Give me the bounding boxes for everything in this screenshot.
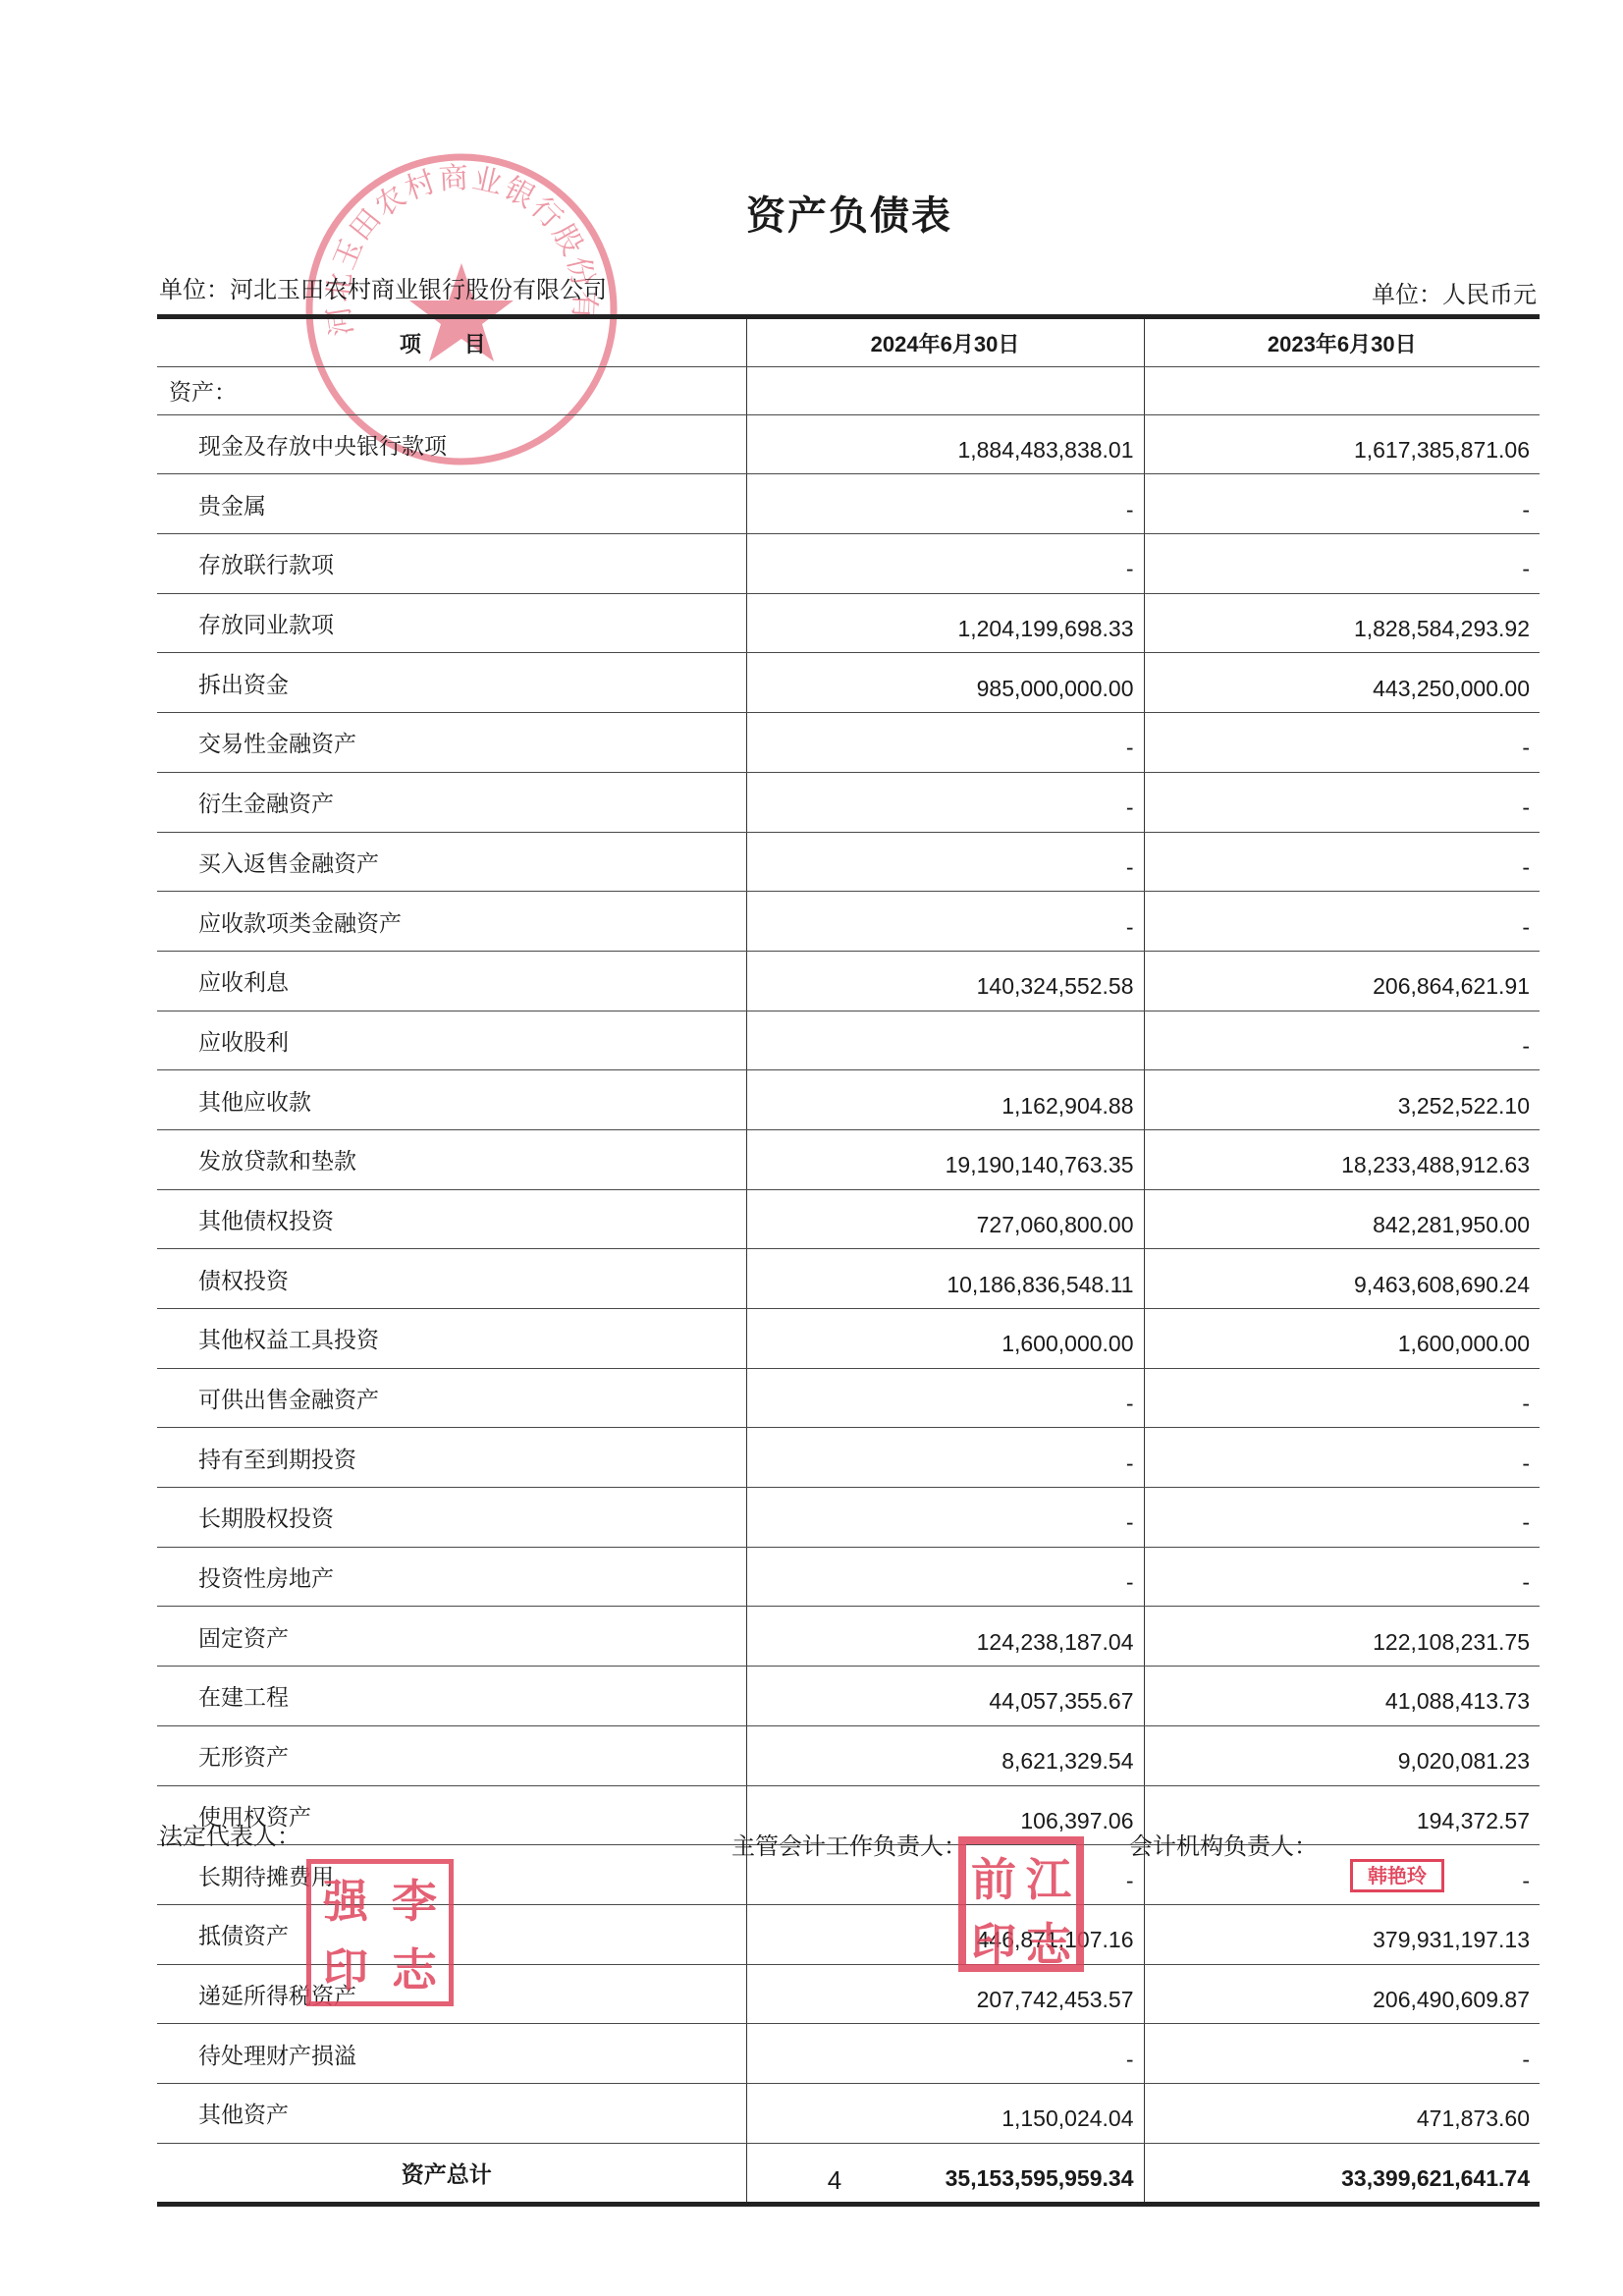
row-value-2023: - — [1144, 892, 1540, 952]
row-value-2023: 1,828,584,293.92 — [1144, 593, 1540, 653]
row-value-2023: 206,490,609.87 — [1144, 1964, 1540, 2024]
row-value-2024: 1,150,024.04 — [746, 2083, 1144, 2143]
row-value-2024: 1,204,199,698.33 — [746, 593, 1144, 653]
row-value-2023: 9,020,081.23 — [1144, 1725, 1540, 1785]
table-row: 其他债权投资727,060,800.00842,281,950.00 — [157, 1189, 1540, 1249]
row-value-2023: 206,864,621.91 — [1144, 951, 1540, 1011]
row-item: 其他资产 — [157, 2083, 746, 2143]
table-row: 长期股权投资-- — [157, 1488, 1540, 1548]
signature-row: 法定代表人： 主管会计工作负责人： 会计机构负责人： — [0, 1817, 1623, 1856]
row-value-2024: 985,000,000.00 — [746, 653, 1144, 713]
accounting-head-seal-icon: 前 江 印 志 — [958, 1836, 1084, 1972]
row-value-2024: 1,600,000.00 — [746, 1309, 1144, 1369]
row-item: 其他应收款 — [157, 1070, 746, 1130]
table-row: 其他权益工具投资1,600,000.001,600,000.00 — [157, 1309, 1540, 1369]
row-value-2024: - — [746, 1488, 1144, 1548]
row-value-2023: 1,617,385,871.06 — [1144, 414, 1540, 474]
row-value-2024: 44,057,355.67 — [746, 1667, 1144, 1726]
row-item: 可供出售金融资产 — [157, 1368, 746, 1428]
row-value-2023: 3,252,522.10 — [1144, 1070, 1540, 1130]
row-item: 存放同业款项 — [157, 593, 746, 653]
row-value-2023: 18,233,488,912.63 — [1144, 1129, 1540, 1189]
table-row: 应收股利- — [157, 1011, 1540, 1070]
table-header-row: 项 目 2024年6月30日 2023年6月30日 — [157, 317, 1540, 367]
table-row: 可供出售金融资产-- — [157, 1368, 1540, 1428]
table-row: 存放同业款项1,204,199,698.331,828,584,293.92 — [157, 593, 1540, 653]
currency-label: 单位：人民币元 — [1372, 275, 1537, 309]
row-value-2024: 10,186,836,548.11 — [746, 1249, 1144, 1309]
table-row: 应收款项类金融资产-- — [157, 892, 1540, 952]
row-item: 无形资产 — [157, 1725, 746, 1785]
row-value-2023: 471,873.60 — [1144, 2083, 1540, 2143]
row-item: 在建工程 — [157, 1667, 746, 1726]
row-value-2024: - — [746, 832, 1144, 892]
table-row: 待处理财产损溢-- — [157, 2024, 1540, 2084]
row-value-2024: 1,884,483,838.01 — [746, 414, 1144, 474]
section-label: 资产： — [157, 367, 746, 415]
row-item: 交易性金融资产 — [157, 713, 746, 773]
table-row: 贵金属-- — [157, 474, 1540, 534]
page-title: 资产负债表 — [0, 185, 1623, 241]
row-value-2023: - — [1144, 2024, 1540, 2084]
row-value-2023: - — [1144, 1488, 1540, 1548]
row-value-2023: 842,281,950.00 — [1144, 1189, 1540, 1249]
row-value-2024: 1,162,904.88 — [746, 1070, 1144, 1130]
table-row: 其他应收款1,162,904.883,252,522.10 — [157, 1070, 1540, 1130]
row-item: 衍生金融资产 — [157, 772, 746, 832]
row-item: 其他权益工具投资 — [157, 1309, 746, 1369]
row-item: 持有至到期投资 — [157, 1428, 746, 1488]
row-value-2024: - — [746, 892, 1144, 952]
legal-rep-seal-icon: 强 李 印 志 — [306, 1859, 454, 2006]
row-value-2023: - — [1144, 474, 1540, 534]
table-row: 买入返售金融资产-- — [157, 832, 1540, 892]
table-row: 现金及存放中央银行款项1,884,483,838.011,617,385,871… — [157, 414, 1540, 474]
accounting-org-head-label: 会计机构负责人： — [1129, 1827, 1318, 1861]
row-value-2023: 379,931,197.13 — [1144, 1904, 1540, 1964]
row-value-2023: 1,600,000.00 — [1144, 1309, 1540, 1369]
accounting-head-label: 主管会计工作负责人： — [731, 1827, 967, 1861]
row-value-2023: - — [1144, 534, 1540, 594]
page-number: 4 — [0, 2165, 1623, 2196]
section-row: 资产： — [157, 367, 1540, 415]
row-value-2024: - — [746, 1428, 1144, 1488]
row-item: 买入返售金融资产 — [157, 832, 746, 892]
row-value-2024: 19,190,140,763.35 — [746, 1129, 1144, 1189]
row-item: 其他债权投资 — [157, 1189, 746, 1249]
legal-rep-label: 法定代表人： — [159, 1817, 300, 1851]
table-row: 在建工程44,057,355.6741,088,413.73 — [157, 1667, 1540, 1726]
table-row: 存放联行款项-- — [157, 534, 1540, 594]
row-item: 现金及存放中央银行款项 — [157, 414, 746, 474]
row-item: 拆出资金 — [157, 653, 746, 713]
row-value-2023: 9,463,608,690.24 — [1144, 1249, 1540, 1309]
row-value-2024: - — [746, 772, 1144, 832]
row-item: 投资性房地产 — [157, 1547, 746, 1607]
row-item: 存放联行款项 — [157, 534, 746, 594]
row-value-2024: - — [746, 2024, 1144, 2084]
row-value-2023: - — [1144, 832, 1540, 892]
row-value-2023: - — [1144, 1428, 1540, 1488]
row-value-2024: 8,621,329.54 — [746, 1725, 1144, 1785]
row-value-2024: - — [746, 713, 1144, 773]
company-seal-text: 河北玉田农村商业银行股份有限公司 — [299, 147, 602, 339]
row-item: 应收款项类金融资产 — [157, 892, 746, 952]
table-row: 拆出资金985,000,000.00443,250,000.00 — [157, 653, 1540, 713]
row-value-2024: - — [746, 534, 1144, 594]
table-row: 持有至到期投资-- — [157, 1428, 1540, 1488]
row-value-2023: - — [1144, 772, 1540, 832]
row-value-2024: 727,060,800.00 — [746, 1189, 1144, 1249]
header-2023: 2023年6月30日 — [1144, 317, 1540, 367]
row-item: 应收股利 — [157, 1011, 746, 1070]
table-row: 发放贷款和垫款19,190,140,763.3518,233,488,912.6… — [157, 1129, 1540, 1189]
header-2024: 2024年6月30日 — [746, 317, 1144, 367]
table-row: 债权投资10,186,836,548.119,463,608,690.24 — [157, 1249, 1540, 1309]
row-item: 长期股权投资 — [157, 1488, 746, 1548]
row-item: 待处理财产损溢 — [157, 2024, 746, 2084]
table-row: 应收利息140,324,552.58206,864,621.91 — [157, 951, 1540, 1011]
svg-text:河北玉田农村商业银行股份有限公司: 河北玉田农村商业银行股份有限公司 — [299, 147, 602, 339]
table-row: 无形资产8,621,329.549,020,081.23 — [157, 1725, 1540, 1785]
table-row: 投资性房地产-- — [157, 1547, 1540, 1607]
row-value-2024: 207,742,453.57 — [746, 1964, 1144, 2024]
row-item: 债权投资 — [157, 1249, 746, 1309]
row-item: 贵金属 — [157, 474, 746, 534]
row-item: 固定资产 — [157, 1607, 746, 1667]
row-value-2023: 443,250,000.00 — [1144, 653, 1540, 713]
table-row: 固定资产124,238,187.04122,108,231.75 — [157, 1607, 1540, 1667]
header-item: 项 目 — [157, 317, 746, 367]
row-value-2024: 124,238,187.04 — [746, 1607, 1144, 1667]
table-row: 交易性金融资产-- — [157, 713, 1540, 773]
row-value-2024: - — [746, 1368, 1144, 1428]
row-value-2024: - — [746, 1547, 1144, 1607]
table-row: 其他资产1,150,024.04471,873.60 — [157, 2083, 1540, 2143]
row-item: 应收利息 — [157, 951, 746, 1011]
row-value-2023: 41,088,413.73 — [1144, 1667, 1540, 1726]
entity-label: 单位：河北玉田农村商业银行股份有限公司 — [159, 270, 607, 304]
accounting-org-head-seal-icon: 韩艳玲 — [1350, 1859, 1444, 1892]
row-value-2023: - — [1144, 1547, 1540, 1607]
row-value-2024: 140,324,552.58 — [746, 951, 1144, 1011]
row-value-2024: - — [746, 474, 1144, 534]
row-value-2023: 122,108,231.75 — [1144, 1607, 1540, 1667]
row-value-2024: 446,871,107.16 — [746, 1904, 1144, 1964]
row-value-2023: - — [1144, 1011, 1540, 1070]
row-value-2023: - — [1144, 713, 1540, 773]
row-item: 发放贷款和垫款 — [157, 1129, 746, 1189]
row-value-2023: - — [1144, 1368, 1540, 1428]
table-row: 衍生金融资产-- — [157, 772, 1540, 832]
row-value-2024 — [746, 1011, 1144, 1070]
